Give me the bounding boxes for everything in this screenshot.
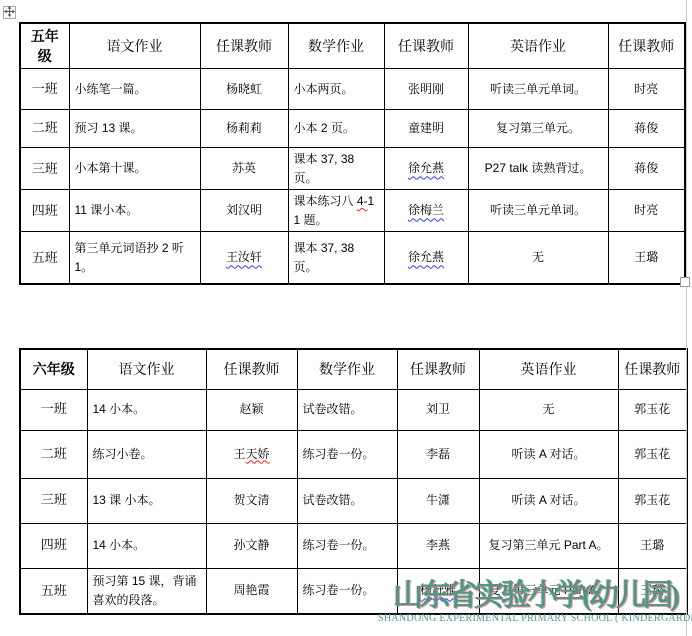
chinese-teacher-cell[interactable]: 孙文静 [206, 523, 297, 568]
table-row: 二班 练习小卷。 王天娇 练习卷一份。 李磊 听读 A 对话。 郭玉花 [20, 430, 687, 478]
chinese-teacher-cell[interactable]: 王汝轩 [200, 232, 288, 284]
math-teacher-cell[interactable]: 李燕 [397, 523, 479, 568]
class-cell[interactable]: 三班 [20, 148, 69, 190]
chinese-teacher-cell[interactable]: 刘汉明 [200, 190, 288, 232]
teacher-name-grammar-marked: 徐允燕 [408, 250, 444, 264]
teacher-name-grammar-marked: 王汝轩 [226, 250, 262, 264]
class-cell[interactable]: 二班 [20, 110, 69, 148]
math-teacher-cell[interactable]: 刘卫 [397, 389, 479, 430]
math-homework-header[interactable]: 数学作业 [297, 349, 397, 389]
math-teacher-cell[interactable]: 牛潇 [397, 478, 479, 523]
english-homework-cell[interactable]: 复习第三单元 Part A。 [479, 523, 618, 568]
teacher-header[interactable]: 任课教师 [206, 349, 297, 389]
class-cell[interactable]: 五班 [20, 568, 87, 614]
chinese-teacher-cell[interactable]: 王天娇 [206, 430, 297, 478]
page-edge-line [686, 0, 687, 636]
english-teacher-cell[interactable]: 蒋俊 [608, 148, 685, 190]
english-teacher-cell[interactable]: 王璐 [618, 568, 687, 614]
math-teacher-cell[interactable]: 张明刚 [384, 69, 468, 110]
chinese-homework-cell[interactable]: 14 小本。 [87, 523, 206, 568]
teacher-name-grammar-marked: 徐梅兰 [408, 203, 444, 217]
table-row: 五班 预习第 15 课，背诵喜欢的段落。 周艳霞 练习卷一份。 杨舒雅 复习第三… [20, 568, 687, 614]
teacher-header[interactable]: 任课教师 [384, 23, 468, 69]
chinese-homework-cell[interactable]: 预习 13 课。 [69, 110, 200, 148]
chinese-homework-cell[interactable]: 13 课 小本。 [87, 478, 206, 523]
english-homework-header[interactable]: 英语作业 [479, 349, 618, 389]
english-homework-cell[interactable]: 听读三单元单词。 [468, 69, 608, 110]
english-teacher-cell[interactable]: 郭玉花 [618, 478, 687, 523]
teacher-name-grammar-marked: 杨舒雅 [420, 583, 456, 597]
four-direction-move-icon [4, 4, 15, 22]
class-cell[interactable]: 四班 [20, 190, 69, 232]
math-teacher-cell[interactable]: 徐梅兰 [384, 190, 468, 232]
math-homework-header[interactable]: 数学作业 [288, 23, 384, 69]
table-row: 一班 14 小本。 赵颖 试卷改错。 刘卫 无 郭玉花 [20, 389, 687, 430]
english-teacher-cell[interactable]: 时亮 [608, 190, 685, 232]
english-homework-cell[interactable]: 复习第三单元 Part A。 [479, 568, 618, 614]
english-teacher-cell[interactable]: 王璐 [608, 232, 685, 284]
teacher-header[interactable]: 任课教师 [608, 23, 685, 69]
grade6-homework-table: 六年级 语文作业 任课教师 数学作业 任课教师 英语作业 任课教师 一班 14 … [19, 348, 688, 615]
math-teacher-cell[interactable]: 李磊 [397, 430, 479, 478]
english-homework-cell[interactable]: 听读 A 对话。 [479, 430, 618, 478]
table-move-handle[interactable] [3, 6, 16, 19]
chinese-homework-cell[interactable]: 小本第十课。 [69, 148, 200, 190]
class-cell[interactable]: 二班 [20, 430, 87, 478]
math-homework-cell[interactable]: 试卷改错。 [297, 478, 397, 523]
chinese-teacher-cell[interactable]: 杨莉莉 [200, 110, 288, 148]
class-cell[interactable]: 四班 [20, 523, 87, 568]
chinese-homework-header[interactable]: 语文作业 [69, 23, 200, 69]
table-row: 五班 第三单元词语抄 2 听 1。 王汝轩 课本 37, 38 页。 徐允燕 无… [20, 232, 685, 284]
chinese-homework-cell[interactable]: 预习第 15 课，背诵喜欢的段落。 [87, 568, 206, 614]
math-homework-cell[interactable]: 练习卷一份。 [297, 568, 397, 614]
math-teacher-cell[interactable]: 徐允燕 [384, 148, 468, 190]
spelling-marked-text: 4- [357, 194, 368, 208]
english-teacher-cell[interactable]: 王璐 [618, 523, 687, 568]
chinese-homework-cell[interactable]: 11 课小本。 [69, 190, 200, 232]
chinese-teacher-cell[interactable]: 赵颖 [206, 389, 297, 430]
table-row: 四班 11 课小本。 刘汉明 课本练习八 4-11 题。 徐梅兰 听读三单元单词… [20, 190, 685, 232]
class-cell[interactable]: 五班 [20, 232, 69, 284]
teacher-name-grammar-marked: 徐允燕 [408, 161, 444, 175]
table-header-row: 六年级 语文作业 任课教师 数学作业 任课教师 英语作业 任课教师 [20, 349, 687, 389]
english-homework-cell[interactable]: 无 [468, 232, 608, 284]
chinese-homework-cell[interactable]: 练习小卷。 [87, 430, 206, 478]
class-cell[interactable]: 一班 [20, 389, 87, 430]
teacher-name: 王 [233, 447, 245, 461]
english-homework-cell[interactable]: 复习第三单元。 [468, 110, 608, 148]
chinese-teacher-cell[interactable]: 贺文清 [206, 478, 297, 523]
chinese-homework-cell[interactable]: 14 小本。 [87, 389, 206, 430]
chinese-teacher-cell[interactable]: 周艳霞 [206, 568, 297, 614]
english-teacher-cell[interactable]: 时亮 [608, 69, 685, 110]
teacher-header[interactable]: 任课教师 [397, 349, 479, 389]
table-row: 四班 14 小本。 孙文静 练习卷一份。 李燕 复习第三单元 Part A。 王… [20, 523, 687, 568]
chinese-homework-cell[interactable]: 小练笔一篇。 [69, 69, 200, 110]
english-homework-header[interactable]: 英语作业 [468, 23, 608, 69]
grade5-homework-table: 五年级 语文作业 任课教师 数学作业 任课教师 英语作业 任课教师 一班 小练笔… [19, 22, 686, 285]
math-homework-cell[interactable]: 试卷改错。 [297, 389, 397, 430]
teacher-name-spelling-marked: 天娇 [246, 447, 270, 461]
table-row: 一班 小练笔一篇。 杨晓虹 小本两页。 张明刚 听读三单元单词。 时亮 [20, 69, 685, 110]
table-row: 三班 小本第十课。 苏英 课本 37, 38 页。 徐允燕 P27 talk 读… [20, 148, 685, 190]
class-cell[interactable]: 三班 [20, 478, 87, 523]
chinese-homework-cell[interactable]: 第三单元词语抄 2 听 1。 [69, 232, 200, 284]
document-page: { "ui": { "icons": { "table_move_handle"… [0, 0, 692, 636]
chinese-teacher-cell[interactable]: 杨晓虹 [200, 69, 288, 110]
math-homework-cell[interactable]: 课本练习八 4-11 题。 [288, 190, 384, 232]
class-cell[interactable]: 一班 [20, 69, 69, 110]
math-homework-cell[interactable]: 课本 37, 38 页。 [288, 232, 384, 284]
english-homework-cell[interactable]: 无 [479, 389, 618, 430]
table-resize-handle[interactable] [680, 277, 690, 287]
english-teacher-cell[interactable]: 郭玉花 [618, 389, 687, 430]
math-homework-cell[interactable]: 小本两页。 [288, 69, 384, 110]
math-teacher-cell[interactable]: 童建明 [384, 110, 468, 148]
math-teacher-cell[interactable]: 徐允燕 [384, 232, 468, 284]
math-teacher-cell[interactable]: 杨舒雅 [397, 568, 479, 614]
english-homework-cell[interactable]: 听读三单元单词。 [468, 190, 608, 232]
math-homework-cell[interactable]: 练习卷一份。 [297, 430, 397, 478]
table-header-row: 五年级 语文作业 任课教师 数学作业 任课教师 英语作业 任课教师 [20, 23, 685, 69]
teacher-header[interactable]: 任课教师 [200, 23, 288, 69]
table-row: 二班 预习 13 课。 杨莉莉 小本 2 页。 童建明 复习第三单元。 蒋俊 [20, 110, 685, 148]
chinese-teacher-cell[interactable]: 苏英 [200, 148, 288, 190]
english-homework-cell[interactable]: 听读 A 对话。 [479, 478, 618, 523]
math-homework-cell[interactable]: 课本 37, 38 页。 [288, 148, 384, 190]
chinese-homework-header[interactable]: 语文作业 [87, 349, 206, 389]
grade-header[interactable]: 六年级 [20, 349, 87, 389]
math-homework-cell[interactable]: 练习卷一份。 [297, 523, 397, 568]
english-teacher-cell[interactable]: 郭玉花 [618, 430, 687, 478]
english-homework-cell[interactable]: P27 talk 读熟背过。 [468, 148, 608, 190]
table-row: 三班 13 课 小本。 贺文清 试卷改错。 牛潇 听读 A 对话。 郭玉花 [20, 478, 687, 523]
grade-header[interactable]: 五年级 [20, 23, 69, 69]
teacher-header[interactable]: 任课教师 [618, 349, 687, 389]
english-teacher-cell[interactable]: 蒋俊 [608, 110, 685, 148]
homework-text: 课本练习八 [294, 194, 357, 208]
math-homework-cell[interactable]: 小本 2 页。 [288, 110, 384, 148]
